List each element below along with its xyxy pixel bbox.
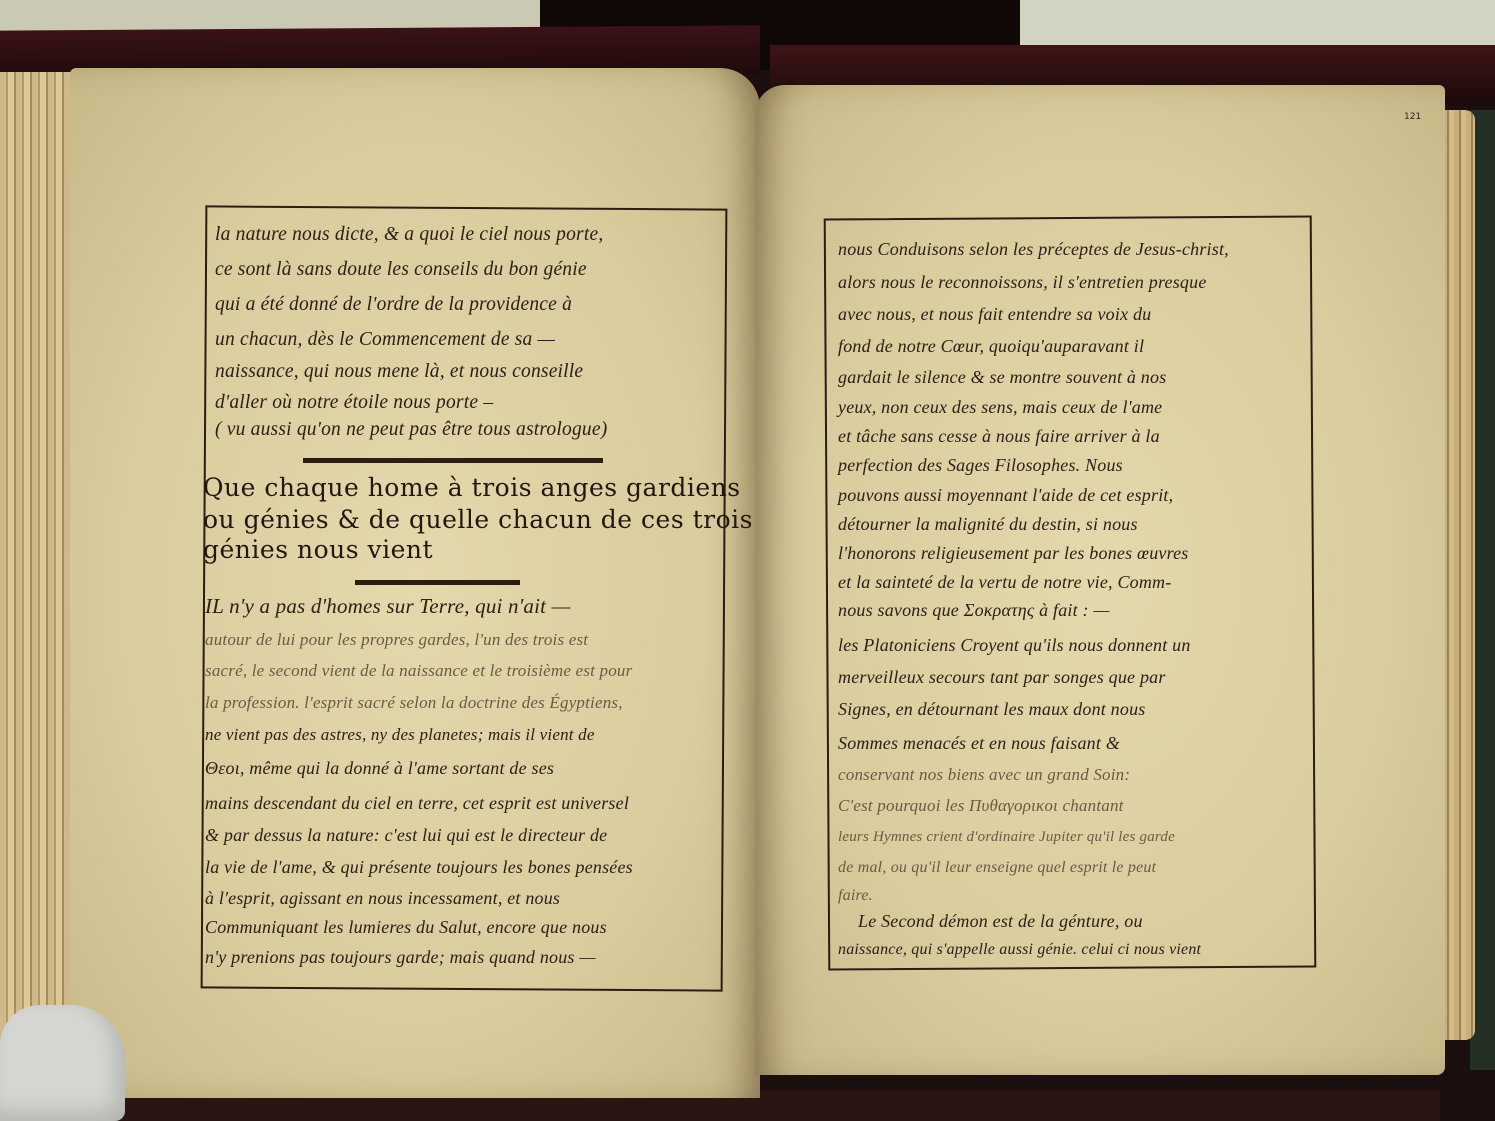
- text-line: Sommes menacés et en nous faisant &: [838, 734, 1120, 752]
- heading-line: Que chaque home à trois anges gardiens: [203, 475, 741, 500]
- heading-line: ou génies & de quelle chacun de ces troi…: [203, 507, 753, 532]
- text-line: conservant nos biens avec un grand Soin:: [838, 766, 1130, 783]
- text-line: nous savons que Σοκρατης à fait : —: [838, 601, 1110, 619]
- text-line: et tâche sans cesse à nous faire arriver…: [838, 427, 1160, 445]
- text-line: n'y prenions pas toujours garde; mais qu…: [205, 948, 596, 966]
- text-line: nous Conduisons selon les préceptes de J…: [838, 240, 1229, 258]
- text-line: mains descendant du ciel en terre, cet e…: [205, 794, 629, 812]
- text-line: qui a été donné de l'ordre de la provide…: [215, 295, 572, 315]
- background-surface-right: [1020, 0, 1495, 45]
- text-line: d'aller où notre étoile nous porte –: [215, 393, 493, 413]
- text-line: yeux, non ceux des sens, mais ceux de l'…: [838, 398, 1162, 416]
- text-line: faire.: [838, 888, 873, 904]
- text-line: alors nous le reconnoissons, il s'entret…: [838, 273, 1207, 291]
- text-line: de mal, ou qu'il leur enseigne quel espr…: [838, 860, 1156, 876]
- text-line: fond de notre Cœur, quoiqu'auparavant il: [838, 337, 1144, 355]
- text-line: perfection des Sages Filosophes. Nous: [838, 456, 1123, 474]
- text-line: naissance, qui s'appelle aussi génie. ce…: [838, 942, 1201, 958]
- text-line: la nature nous dicte, & a quoi le ciel n…: [215, 225, 603, 245]
- text-line: détourner la malignité du destin, si nou…: [838, 515, 1138, 533]
- white-glove-hand: [0, 1005, 125, 1121]
- text-line: C'est pourquoi les Πυθαγορικοι chantant: [838, 797, 1124, 814]
- right-text-frame: [824, 216, 1317, 971]
- text-line: gardait le silence & se montre souvent à…: [838, 368, 1166, 386]
- heading-line: génies nous vient: [203, 537, 433, 562]
- text-line: la profession. l'esprit sacré selon la d…: [205, 694, 623, 711]
- text-line: avec nous, et nous fait entendre sa voix…: [838, 305, 1151, 323]
- page-number: 121: [1404, 112, 1421, 122]
- heading-rule-top: [303, 458, 603, 463]
- text-line: ne vient pas des astres, ny des planetes…: [205, 726, 595, 743]
- text-line: l'honorons religieusement par les bones …: [838, 544, 1189, 562]
- text-line: la vie de l'ame, & qui présente toujours…: [205, 858, 633, 876]
- text-line: & par dessus la nature: c'est lui qui es…: [205, 826, 607, 844]
- text-line: ( vu aussi qu'on ne peut pas être tous a…: [215, 420, 607, 440]
- text-line: les Platoniciens Croyent qu'ils nous don…: [838, 636, 1191, 654]
- text-line: Signes, en détournant les maux dont nous: [838, 700, 1145, 718]
- text-line: ce sont là sans doute les conseils du bo…: [215, 260, 587, 280]
- text-line: leurs Hymnes crient d'ordinaire Jupiter …: [838, 830, 1175, 845]
- text-line: merveilleux secours tant par songes que …: [838, 668, 1166, 686]
- heading-rule-bottom: [355, 580, 520, 585]
- text-line: un chacun, dès le Commencement de sa —: [215, 330, 555, 350]
- text-line: Θεοι, même qui la donné à l'ame sortant …: [205, 759, 554, 777]
- text-line: Communiquant les lumieres du Salut, enco…: [205, 918, 607, 936]
- text-line: à l'esprit, agissant en nous incessament…: [205, 889, 560, 907]
- text-line: et la sainteté de la vertu de notre vie,…: [838, 573, 1171, 591]
- text-line: IL n'y a pas d'homes sur Terre, qui n'ai…: [205, 596, 571, 617]
- text-line: Le Second démon est de la génture, ou: [858, 912, 1143, 930]
- text-line: sacré, le second vient de la naissance e…: [205, 662, 632, 679]
- text-line: pouvons aussi moyennant l'aide de cet es…: [838, 486, 1173, 504]
- text-line: naissance, qui nous mene là, et nous con…: [215, 362, 583, 382]
- text-line: autour de lui pour les propres gardes, l…: [205, 631, 588, 648]
